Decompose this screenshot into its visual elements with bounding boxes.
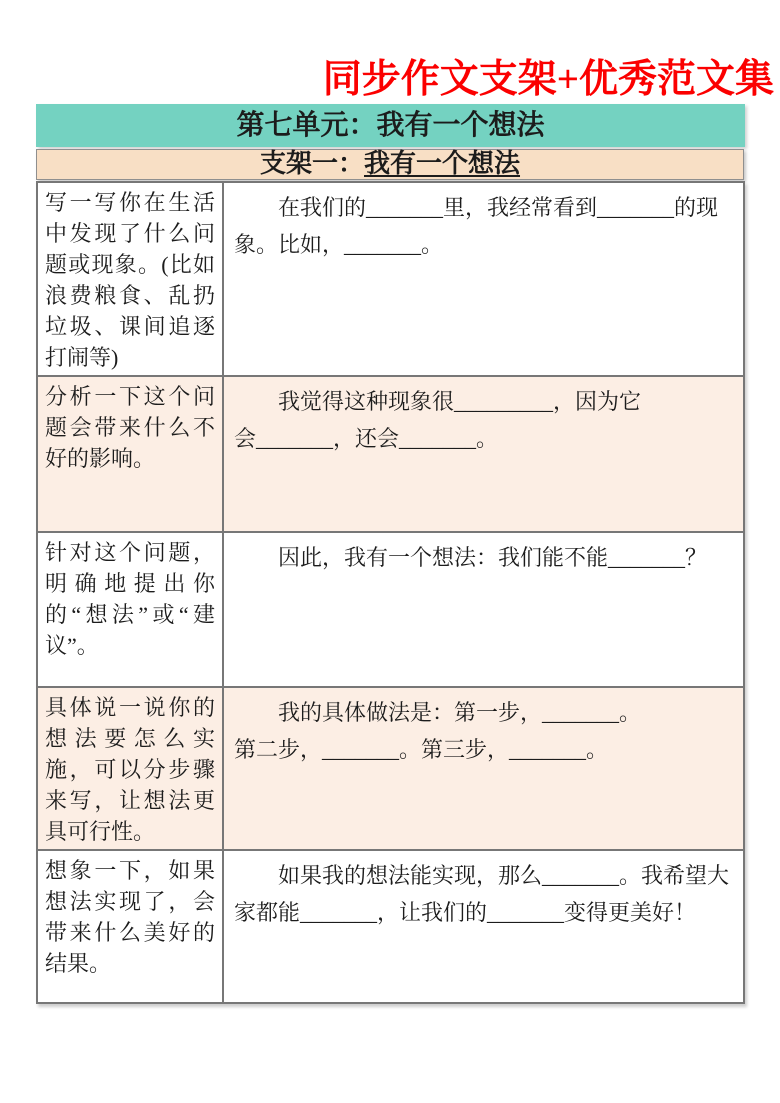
prompt-cell: 具体说一说你的想法要怎么实施，可以分步骤来写，让想法更具可行性。: [37, 687, 223, 850]
sentence-frame-cell: 如果我的想法能实现，那么_______。我希望大 家都能_______，让我们的…: [223, 850, 744, 1003]
sentence-frame-cell: 在我们的_______里，我经常看到_______的现 象。比如，_______…: [223, 182, 744, 376]
collection-title: 同步作文支架+优秀范文集: [323, 48, 774, 104]
prompt-cell: 分析一下这个问题会带来什么不好的影响。: [37, 376, 223, 532]
sentence-frame-cell: 因此，我有一个想法：我们能不能_______？: [223, 532, 744, 687]
worksheet-page: 同步作文支架+优秀范文集 第七单元：我有一个想法 支架一：我有一个想法 写一写你…: [0, 0, 780, 1103]
sentence-frame-cell: 我的具体做法是：第一步，_______。 第二步，_______。第三步，___…: [223, 687, 744, 850]
table-row: 针对这个问题，明确地提出你的“想法”或“建议”。 因此，我有一个想法：我们能不能…: [37, 532, 744, 687]
scaffold-banner-topic: 我有一个想法: [364, 149, 520, 178]
unit-banner: 第七单元：我有一个想法: [36, 104, 745, 147]
table-row: 具体说一说你的想法要怎么实施，可以分步骤来写，让想法更具可行性。 我的具体做法是…: [37, 687, 744, 850]
table-row: 分析一下这个问题会带来什么不好的影响。 我觉得这种现象很_________，因为…: [37, 376, 744, 532]
sentence-frame-cell: 我觉得这种现象很_________，因为它 会_______，还会_______…: [223, 376, 744, 532]
scaffold-banner: 支架一：我有一个想法: [36, 149, 744, 180]
table-row: 写一写你在生活中发现了什么问题或现象。(比如浪费粮食、乱扔垃圾、课间追逐打闹等)…: [37, 182, 744, 376]
scaffold-banner-prefix: 支架一：: [260, 149, 364, 178]
scaffold-table: 写一写你在生活中发现了什么问题或现象。(比如浪费粮食、乱扔垃圾、课间追逐打闹等)…: [36, 181, 745, 1004]
table-row: 想象一下，如果想法实现了，会带来什么美好的结果。 如果我的想法能实现，那么___…: [37, 850, 744, 1003]
prompt-cell: 想象一下，如果想法实现了，会带来什么美好的结果。: [37, 850, 223, 1003]
prompt-cell: 针对这个问题，明确地提出你的“想法”或“建议”。: [37, 532, 223, 687]
prompt-cell: 写一写你在生活中发现了什么问题或现象。(比如浪费粮食、乱扔垃圾、课间追逐打闹等): [37, 182, 223, 376]
